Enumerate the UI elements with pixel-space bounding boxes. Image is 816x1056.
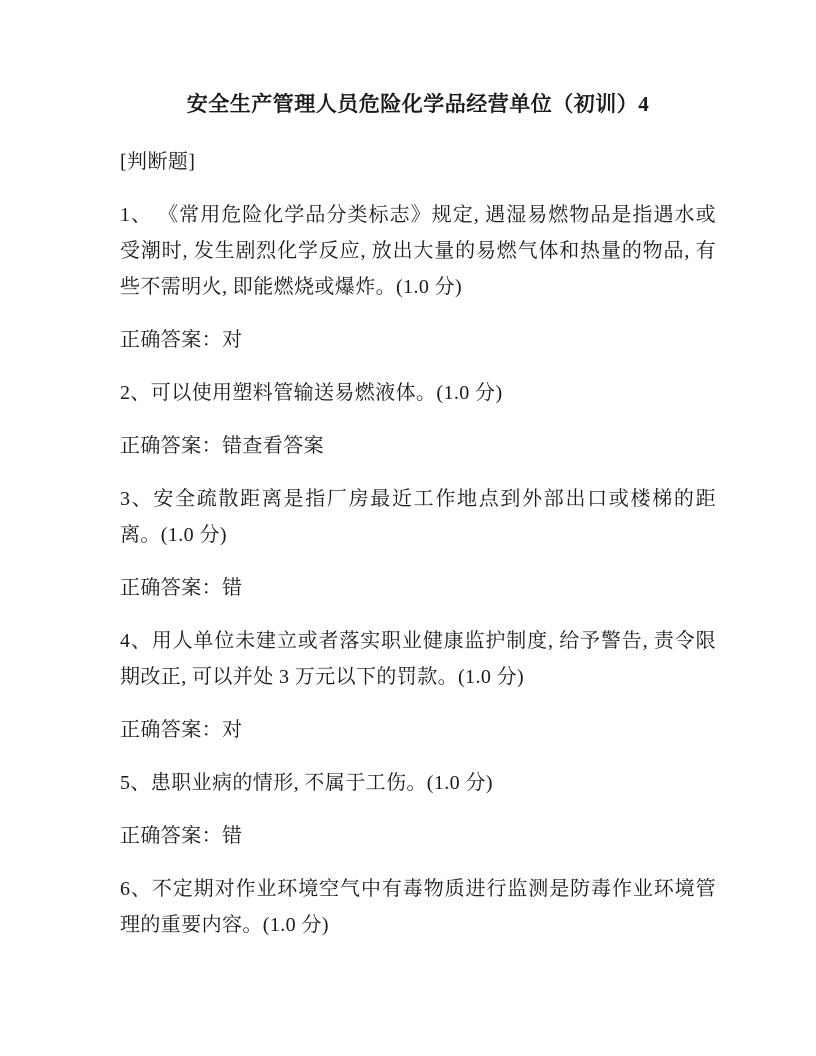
question-5-answer: 正确答案：错 <box>120 818 716 854</box>
question-6-text: 6、不定期对作业环境空气中有毒物质进行监测是防毒作业环境管理的重要内容。(1.0… <box>120 871 716 943</box>
question-2-text: 2、可以使用塑料管输送易燃液体。(1.0 分) <box>120 375 716 411</box>
question-1-text: 1、 《常用危险化学品分类标志》规定, 遇湿易燃物品是指遇水或受潮时, 发生剧烈… <box>120 197 716 305</box>
question-3-answer: 正确答案：错 <box>120 570 716 606</box>
document-page: 安全生产管理人员危险化学品经营单位（初训）4 [判断题] 1、 《常用危险化学品… <box>0 0 816 1056</box>
question-4-text: 4、用人单位未建立或者落实职业健康监护制度, 给予警告, 责令限期改正, 可以并… <box>120 623 716 695</box>
question-4-answer: 正确答案：对 <box>120 712 716 748</box>
question-2-answer: 正确答案：错查看答案 <box>120 428 716 464</box>
document-title: 安全生产管理人员危险化学品经营单位（初训）4 <box>120 86 716 122</box>
question-1-answer: 正确答案：对 <box>120 322 716 358</box>
question-3-text: 3、安全疏散距离是指厂房最近工作地点到外部出口或楼梯的距离。(1.0 分) <box>120 481 716 553</box>
question-5-text: 5、患职业病的情形, 不属于工伤。(1.0 分) <box>120 765 716 801</box>
section-label-judgment-questions: [判断题] <box>120 144 716 180</box>
